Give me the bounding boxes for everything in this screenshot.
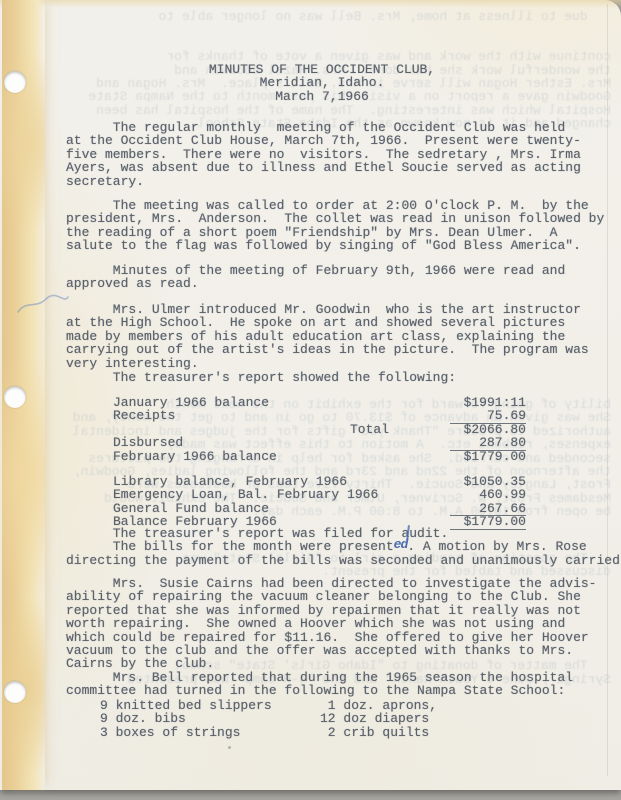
text-line: The treasurer's report showed the follow… (66, 371, 578, 384)
paragraph-call-to-order: The meeting was called to order at 2:00 … (66, 199, 578, 253)
title-line: Meridian, Idaho. (66, 76, 578, 89)
total-label: Total (350, 423, 389, 436)
text-line: The regular monthly meeting of the Occid… (66, 121, 578, 134)
paragraph-treasurer-intro: The treasurer's report showed the follow… (66, 371, 578, 384)
item-left: 9 knitted bed slippers (100, 699, 320, 712)
text-line: carrying out of the artist's ideas in th… (66, 343, 578, 356)
text-line: at the High School. He spoke on art and … (66, 316, 578, 329)
text-line: committee had turned in the following to… (66, 684, 578, 697)
text-line: Mrs. Ulmer introduced Mr. Goodwin who is… (66, 303, 578, 316)
punch-hole (4, 386, 26, 408)
item-left: 3 boxes of strings (100, 726, 320, 739)
paper-right-crease (607, 4, 608, 776)
text-line: ability of repairing the vacuum cleaner … (66, 590, 578, 603)
table-row: Total$2066.80 (66, 423, 578, 436)
row-label: February 1966 balance (113, 449, 277, 464)
row-amount: $2066.80 (450, 423, 526, 436)
row-amount: $1991:11 (450, 396, 526, 409)
paragraph-bills: The treasurer's report was filed for aud… (66, 527, 578, 567)
text-line: The treasurer's report was filed for aud… (66, 527, 578, 540)
paragraph-opening: The regular monthly meeting of the Occid… (66, 121, 578, 188)
treasurer-table: January 1966 balance$1991:11 Receipts75.… (66, 396, 578, 529)
row-amount: $1779.00 (450, 450, 526, 463)
document-content: MINUTES OF THE OCCIDENT CLUB,Meridian, I… (66, 0, 578, 790)
text-line: worth repairing. She owned a Hoover whic… (66, 617, 578, 630)
text-line: Minutes of the meeting of February 9th, … (66, 264, 578, 277)
table-row: Disbursed287.80 (66, 436, 578, 449)
row-amount: $1050.35 (450, 475, 526, 488)
text-line: president, Mrs. Anderson. The collet was… (66, 212, 578, 225)
scanned-minutes-page: { "document": { "header_lines": [ "MINUT… (0, 0, 621, 800)
text-line: vacuum to the club and the offer was acc… (66, 644, 578, 657)
item-row: 3 boxes of strings 2 crib quilts (66, 726, 578, 739)
text-line: reported that she was informed by repair… (66, 604, 578, 617)
item-right: 1 doz. aprons, (320, 699, 437, 712)
text-line: Mrs. Susie Cairns had been directed to i… (66, 577, 578, 590)
item-right: 2 crib quilts (320, 726, 429, 739)
text-line: The bills for the month were presented. … (66, 540, 578, 553)
text-line: secretary. (66, 175, 578, 188)
text-line: salute to the flag was followed by singi… (66, 239, 578, 252)
punch-hole (4, 71, 26, 93)
row-amount: 460.99 (450, 488, 526, 501)
hospital-items-list: 9 knitted bed slippers 1 doz. aprons, 9 … (66, 699, 578, 739)
margin-scribble-ink (16, 292, 70, 318)
text-line: at the Occident Club House, March 7th, 1… (66, 134, 578, 147)
text-line: the reading of a short poem "Friendship"… (66, 226, 578, 239)
text-line: made by members of his adult education a… (66, 330, 578, 343)
text-line: Mrs. Bell reported that during the 1965 … (66, 671, 578, 684)
text-line: Cairns by the club. (66, 657, 578, 670)
text-line: very interesting. (66, 357, 578, 370)
paragraph-minutes-approved: Minutes of the meeting of February 9th, … (66, 264, 578, 291)
text-line: which could be repaired for $11.16. She … (66, 631, 578, 644)
pencil-smudge (228, 746, 231, 749)
item-row: 9 knitted bed slippers 1 doz. aprons, (66, 699, 578, 712)
title-line: MINUTES OF THE OCCIDENT CLUB, (66, 63, 578, 76)
table-row: January 1966 balance$1991:11 (66, 396, 578, 409)
text-line: five members. There were no visitors. Th… (66, 148, 578, 161)
text-line: The meeting was called to order at 2:00 … (66, 199, 578, 212)
paper-sheet: due to illness at home, Mrs. Bell was no… (0, 0, 621, 790)
row-label: Receipts (113, 408, 175, 423)
text-line: Ayers, was absent due to illness and Eth… (66, 161, 578, 174)
text-line: directing the payment of the bills was s… (66, 554, 578, 567)
paragraph-vacuum-and-hospital: Mrs. Susie Cairns had been directed to i… (66, 577, 578, 698)
table-row: General Fund balance267.66 (66, 502, 578, 515)
item-right: 12 doz diapers (320, 712, 429, 725)
item-left: 9 doz. bibs (100, 712, 320, 725)
document-title: MINUTES OF THE OCCIDENT CLUB,Meridian, I… (66, 63, 578, 103)
punch-hole (4, 681, 26, 703)
table-row: Receipts75.69 (66, 409, 578, 422)
title-line: March 7,1966 (66, 90, 578, 103)
table-row: Emergency Loan, Bal. February 1966460.99 (66, 488, 578, 501)
item-row: 9 doz. bibs12 doz diapers (66, 712, 578, 725)
table-row: Library balance, February 1966$1050.35 (66, 475, 578, 488)
text-line: approved as read. (66, 277, 578, 290)
paragraph-art-program: Mrs. Ulmer introduced Mr. Goodwin who is… (66, 303, 578, 370)
table-row: February 1966 balance$1779.00 (66, 450, 578, 463)
